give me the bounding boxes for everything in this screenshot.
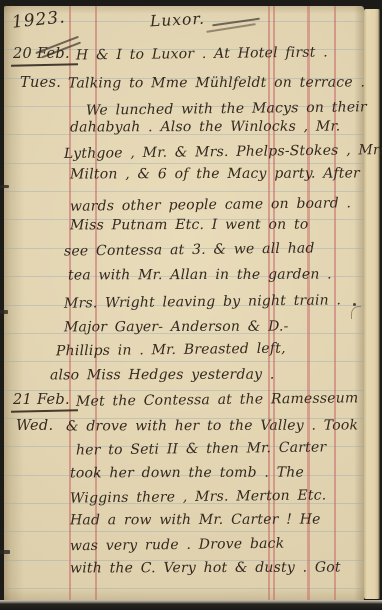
entry-date-label: Tues. (20, 75, 61, 91)
ruled-line (4, 588, 364, 589)
entry-text: Wiggins there , Mrs. Merton Etc. (70, 487, 327, 506)
entry-text: dahabyah . Also the Winlocks , Mr. (70, 119, 340, 136)
ruled-line (4, 531, 364, 532)
photo-bottom-edge (0, 600, 382, 610)
entry-text: Talking to Mme Mühlfeldt on terrace . (68, 74, 365, 91)
ink-speck (96, 473, 98, 475)
entry-text: Major Gayer- Anderson & D.- (64, 319, 289, 336)
entry-text: was very rude . Drove back (70, 536, 285, 555)
entry-text: Met the Contessa at the Ramesseum (76, 390, 359, 409)
ruled-line (4, 163, 364, 164)
entry-text: & drove with her to the Valley . Took (66, 417, 358, 434)
entry-text: see Contessa at 3. & we all had (64, 240, 315, 259)
entry-text: her to Seti II & then Mr. Carter (76, 439, 327, 458)
scanned-diary-photo: 1923. Luxor. 20 Feb.H & I to Luxor . At … (0, 0, 382, 610)
entry-text: Milton , & 6 of the Macy party. After (70, 165, 360, 182)
page-curl-mark (351, 306, 361, 319)
entry-text: also Miss Hedges yesterday . (50, 367, 275, 384)
year-heading: 1923. (11, 7, 66, 33)
entry-text: Mrs. Wright leaving by night train . (64, 292, 341, 311)
entry-text: H & I to Luxor . At Hotel first . (76, 44, 328, 63)
notebook-page: 1923. Luxor. 20 Feb.H & I to Luxor . At … (4, 6, 364, 602)
entry-text: We lunched with the Macys on their (86, 99, 367, 118)
entry-date-label: 21 Feb. (13, 392, 70, 408)
entry-text: with the C. Very hot & dusty . Got (70, 560, 341, 577)
page-title: Luxor. (150, 10, 206, 31)
entry-date-label: Wed. (16, 418, 53, 434)
binding-mark (0, 185, 9, 188)
entry-date-label: 20 Feb. (13, 46, 70, 62)
adjacent-page-edge (364, 9, 380, 599)
entry-text: Had a row with Mr. Carter ! He (70, 512, 321, 529)
entry-text: wards other people came on board . (70, 195, 351, 214)
ruled-line (4, 191, 364, 192)
entry-text: Phillips in . Mr. Breasted left, (56, 341, 286, 360)
ruled-line (4, 361, 364, 362)
binding-mark (0, 550, 10, 554)
entry-text: Miss Putnam Etc. I went on to (70, 217, 309, 234)
entry-text: tea with Mr. Allan in the garden . (68, 267, 332, 284)
binding-mark (0, 310, 8, 314)
entry-text: took her down the tomb . The (70, 465, 304, 482)
